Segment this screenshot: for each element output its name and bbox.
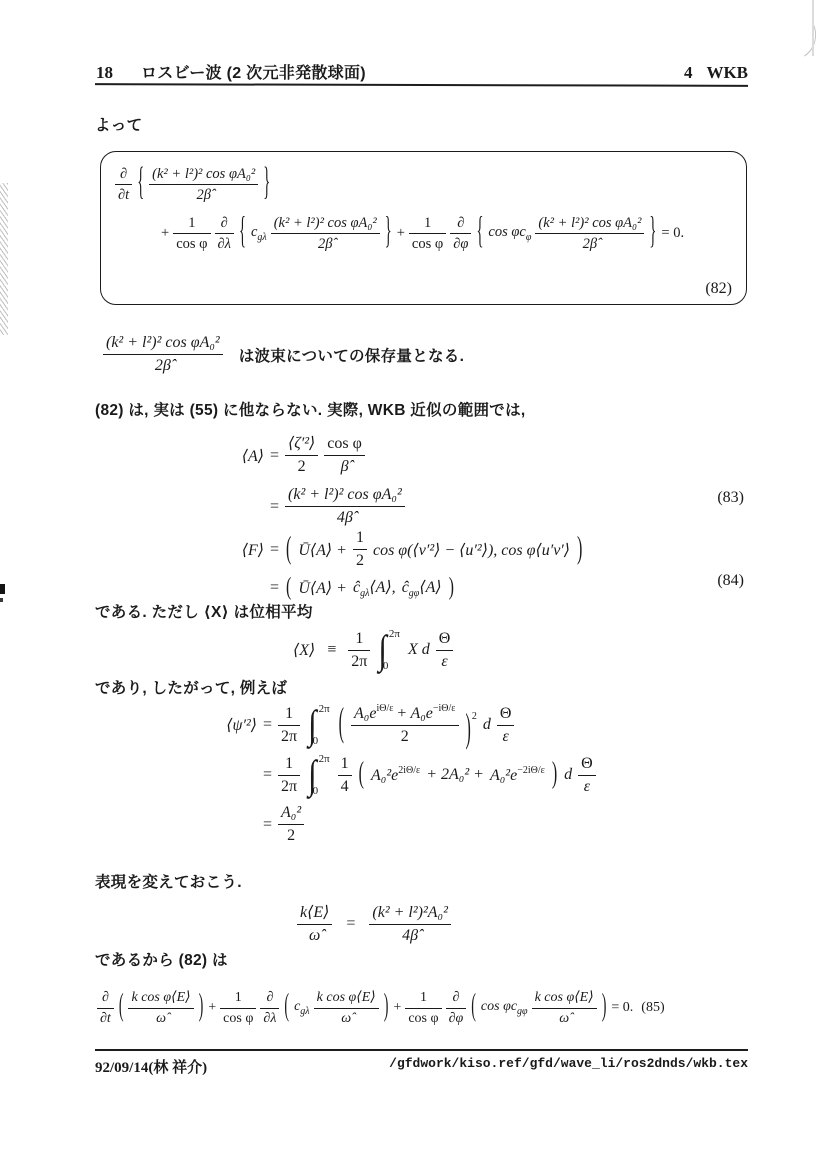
equals-sign: = — [270, 579, 279, 597]
equation-label-83: (83) — [717, 489, 744, 507]
document-page: 18 ロスビー波 (2 次元非発散球面) 4 WKB よって ∂ ∂t { (k… — [0, 0, 828, 1167]
frac-den: ∂λ — [215, 234, 234, 253]
subscript: gλ — [300, 1006, 309, 1017]
paragraph-for-example: であり, したがって, 例えば — [95, 676, 287, 698]
math-token: A₀²e — [371, 767, 398, 784]
integral-sign: ∫ — [308, 702, 317, 749]
left-paren: ( — [339, 703, 344, 748]
scan-artifact-edge-line — [812, 0, 814, 56]
left-paren: ( — [359, 758, 364, 792]
math-token: ⟨A⟩, — [369, 579, 395, 596]
group-velocity-lambda: cgλ — [251, 224, 267, 243]
frac-den: 2 — [278, 825, 304, 846]
frac-den: 4β̂ — [285, 507, 405, 528]
psi-squared-lhs: ⟨ψ′²⟩ — [205, 715, 257, 735]
left-paren: ( — [471, 990, 476, 1027]
frac-num: (k² + l²)² cos φA₀² — [149, 165, 258, 185]
eq82-line2: + 1 cos φ ∂ ∂λ { cgλ (k² + l²)² cos φA₀²… — [161, 214, 746, 253]
superscript: 2 — [472, 711, 477, 722]
frac-den: cos φ — [173, 234, 210, 253]
frac-den: ω̂ — [532, 1009, 597, 1028]
right-paren: ) — [466, 708, 471, 753]
eq83-line2: = (k² + l²)² cos φA₀² 4β̂ — [222, 485, 405, 528]
psi-line3: = A₀² 2 — [205, 803, 596, 846]
equals-sign: = — [270, 498, 279, 516]
frac-den: 2β̂ — [149, 185, 258, 204]
frac-den: ω̂ — [297, 925, 332, 946]
fraction: 1 4 — [338, 754, 352, 797]
frac-den: ε — [497, 726, 515, 747]
fraction: (k² + l²)² cos φA₀² 2β̂ — [535, 214, 644, 253]
equation-85: ∂ ∂t ( k cos φ⟨E⟩ ω̂ ) + 1 cos φ ∂ ∂λ ( … — [97, 980, 665, 1036]
frac-den: ω̂ — [128, 1009, 193, 1028]
frac-den: 4 — [338, 776, 352, 797]
superscript: −2iΘ/ε — [517, 765, 545, 776]
psi-squared-derivation: ⟨ψ′²⟩ = 1 2π ∫ 2π 0 ( A₀eiΘ/ε + A₀e−iΘ/ε… — [205, 703, 596, 846]
left-brace: { — [239, 212, 246, 256]
right-brace: } — [385, 212, 392, 256]
fraction: (k² + l²)² cos φA₀² 2β̂ — [149, 165, 258, 204]
fraction: Θ ε — [578, 754, 596, 797]
frac-num: ⟨ζ′²⟩ — [285, 434, 318, 456]
subscript: gφ — [409, 588, 420, 599]
frac-num: Θ — [436, 629, 454, 651]
left-brace: { — [137, 162, 144, 208]
frac-den: 2π — [348, 651, 370, 672]
subscript: gφ — [517, 1006, 528, 1017]
fraction: ∂ ∂t — [115, 165, 132, 204]
paragraph-change-expression: 表現を変えておこう. — [95, 870, 242, 892]
equals-sign: = — [263, 716, 272, 734]
math-token: A₀e — [410, 705, 432, 722]
scan-artifact-hatch — [0, 183, 8, 335]
frac-den: cos φ — [409, 234, 446, 253]
integral: ∫ 2π 0 — [378, 628, 400, 672]
plus-sign: + — [397, 225, 405, 242]
frac-num: 1 — [278, 704, 300, 726]
frac-den: β̂ — [324, 456, 365, 477]
math-token: A₀e — [354, 705, 376, 722]
fraction: ∂ ∂λ — [260, 989, 279, 1027]
section-number: 4 — [684, 63, 693, 83]
wave-activity-lhs: ⟨A⟩ — [222, 446, 264, 466]
running-header: 18 ロスビー波 (2 次元非発散球面) 4 WKB — [96, 60, 748, 83]
plus-sign: + — [208, 1000, 216, 1016]
scanned-paper-page: { "header": { "page_number": "18", "left… — [0, 0, 828, 1167]
frac-num: ∂ — [97, 989, 114, 1009]
right-paren: ) — [199, 990, 204, 1027]
X-bracket: ⟨X⟩ — [293, 640, 315, 660]
fraction: (k² + l²)² cos φA₀² 2β̂ — [271, 214, 380, 253]
left-brace: { — [476, 212, 483, 256]
left-paren: ( — [284, 990, 289, 1027]
integrand-X: X — [408, 641, 418, 659]
equals-zero: = 0. — [611, 1000, 633, 1016]
wave-flux-lhs: ⟨F⟩ — [222, 540, 264, 560]
fraction: (k² + l²)²A₀² 4β̂ — [369, 903, 451, 946]
page-number: 18 — [96, 63, 113, 83]
frac-num: 1 — [278, 754, 300, 776]
frac-den: ∂φ — [450, 234, 471, 253]
frac-num: k cos φ⟨E⟩ — [128, 989, 193, 1009]
frac-num: 1 — [353, 528, 367, 550]
A0sq-exp-pos: A₀²e2iΘ/ε — [371, 765, 420, 785]
conserved-quantity-line: (k² + l²)² cos φA₀² 2β̂ は波束についての保存量となる. — [103, 333, 464, 376]
frac-den: 2 — [353, 550, 367, 571]
group-velocity-lambda: cgλ — [294, 999, 310, 1017]
right-paren: ) — [602, 990, 607, 1027]
frac-num: A₀eiΘ/ε + A₀e−iΘ/ε — [351, 703, 459, 726]
fraction: k cos φ⟨E⟩ ω̂ — [314, 989, 379, 1027]
fraction: ∂ ∂λ — [215, 214, 234, 253]
math-token: ĉ — [353, 579, 360, 596]
fraction: 1 2 — [353, 528, 367, 571]
frac-den: ε — [578, 776, 596, 797]
equals-zero: = 0. — [661, 225, 684, 242]
fraction: 1 cos φ — [405, 989, 441, 1027]
running-head-section: 4 WKB — [684, 63, 748, 83]
equals-sign: = — [263, 766, 272, 784]
fraction: A₀eiΘ/ε + A₀e−iΘ/ε 2 — [351, 703, 459, 747]
running-head-title: ロスビー波 (2 次元非発散球面) — [141, 60, 366, 83]
header-rule — [95, 83, 748, 87]
math-token: cos φc — [481, 999, 517, 1014]
upper-limit: 2π — [319, 703, 330, 715]
paragraph-phase-average: である. ただし ⟨X⟩ は位相平均 — [95, 600, 313, 622]
fraction: Θ ε — [497, 704, 515, 747]
frac-num: k cos φ⟨E⟩ — [314, 989, 379, 1009]
frac-den: cos φ — [405, 1009, 441, 1028]
fraction: 1 cos φ — [220, 989, 256, 1027]
frac-den: ω̂ — [314, 1009, 379, 1028]
fraction: cos φ β̂ — [324, 434, 365, 477]
A0-exp-neg: A₀e−iΘ/ε — [410, 703, 455, 724]
frac-num: k⟨E⟩ — [297, 903, 332, 925]
upper-limit: 2π — [389, 628, 400, 640]
frac-den: 2π — [278, 776, 300, 797]
frac-num: Θ — [578, 754, 596, 776]
frac-num: cos φ — [324, 434, 365, 456]
math-token: cos φc — [488, 224, 525, 240]
psi-line2: = 1 2π ∫ 2π 0 1 4 ( A₀²e2iΘ/ε + 2A₀² + A… — [205, 753, 596, 797]
A0sq-exp-neg: A₀²e−2iΘ/ε — [490, 765, 545, 785]
fraction: 1 cos φ — [173, 214, 210, 253]
subscript: φ — [526, 232, 532, 243]
plus-sign: + — [393, 1000, 401, 1016]
superscript: 2iΘ/ε — [398, 765, 420, 776]
subscript: gλ — [257, 232, 266, 243]
frac-den: ∂λ — [260, 1009, 279, 1028]
equation-84: ⟨F⟩ = ( Ū⟨A⟩ + 1 2 cos φ(⟨v′²⟩ − ⟨u′²⟩),… — [222, 528, 583, 599]
superscript: iΘ/ε — [376, 703, 393, 714]
frac-num: ∂ — [260, 989, 279, 1009]
frac-num: (k² + l²)² cos φA₀² — [271, 214, 380, 234]
equals-sign: = — [270, 447, 279, 465]
frac-num: (k² + l²)²A₀² — [369, 903, 451, 925]
frac-num: A₀² — [278, 803, 304, 825]
scan-artifact-dash — [0, 584, 5, 594]
left-paren: ( — [286, 532, 291, 568]
equation-label-84: (84) — [717, 572, 744, 590]
frac-num: ∂ — [115, 165, 132, 185]
fraction: (k² + l²)² cos φA₀² 2β̂ — [103, 333, 223, 376]
scan-artifact-dash-small — [0, 598, 3, 602]
frac-den: 2β̂ — [103, 355, 223, 376]
U-bar-A-plus: Ū⟨A⟩ + — [298, 578, 347, 598]
equation-83: ⟨A⟩ = ⟨ζ′²⟩ 2 cos φ β̂ = (k² + l²)² cos … — [222, 434, 405, 528]
frac-den: 4β̂ — [369, 925, 451, 946]
fraction: ∂ ∂φ — [450, 214, 471, 253]
right-brace: } — [263, 162, 270, 208]
c-hat-g-phi-A: ĉgφ⟨A⟩ — [402, 577, 442, 599]
fraction: k cos φ⟨E⟩ ω̂ — [532, 989, 597, 1027]
frac-num: 1 — [173, 214, 210, 234]
frac-den: 2 — [285, 456, 318, 477]
right-brace: } — [649, 212, 656, 256]
frac-den: ∂φ — [446, 1009, 467, 1028]
frac-num: 1 — [348, 629, 370, 651]
frac-num: k cos φ⟨E⟩ — [532, 989, 597, 1009]
conserved-text: は波束についての保存量となる. — [239, 344, 465, 366]
frac-num: 1 — [338, 754, 352, 776]
frac-den: cos φ — [220, 1009, 256, 1028]
frac-num: (k² + l²)² cos φA₀² — [535, 214, 644, 234]
frac-den: ε — [436, 651, 454, 672]
fraction: Θ ε — [436, 629, 454, 672]
fraction: 1 2π — [278, 704, 300, 747]
c-hat-g-lambda-A: ĉgλ⟨A⟩, — [353, 577, 396, 599]
frac-num: Θ — [497, 704, 515, 726]
fraction: ⟨ζ′²⟩ 2 — [285, 434, 318, 477]
equals-sign: = — [263, 816, 272, 834]
fraction: 1 cos φ — [409, 214, 446, 253]
eq84-line2: = ( Ū⟨A⟩ + ĉgλ⟨A⟩, ĉgφ⟨A⟩ ) — [222, 577, 583, 599]
frac-num: 1 — [409, 214, 446, 234]
eq84-line1: ⟨F⟩ = ( Ū⟨A⟩ + 1 2 cos φ(⟨v′²⟩ − ⟨u′²⟩),… — [222, 528, 583, 571]
A0-exp-pos: A₀eiΘ/ε — [354, 703, 393, 724]
math-token: ⟨A⟩ — [419, 579, 441, 596]
integral: ∫ 2π 0 — [308, 703, 330, 747]
right-paren: ) — [577, 532, 582, 568]
fraction: 1 2π — [278, 754, 300, 797]
frac-num: (k² + l²)² cos φA₀² — [103, 333, 223, 355]
equals-sign: = — [270, 541, 279, 559]
fraction: ∂ ∂φ — [446, 989, 467, 1027]
frac-num: ∂ — [450, 214, 471, 234]
frac-den: 2 — [351, 726, 459, 747]
math-token: A₀²e — [490, 767, 517, 784]
fraction: k⟨E⟩ ω̂ — [297, 903, 332, 946]
section-title: WKB — [706, 63, 748, 83]
frac-den: 2β̂ — [271, 234, 380, 253]
equiv-sign: ≡ — [327, 641, 336, 659]
frac-num: 1 — [220, 989, 256, 1009]
frac-den: 2β̂ — [535, 234, 644, 253]
paragraph-hence: であるから (82) は — [95, 948, 228, 970]
equals-sign: = — [346, 915, 355, 933]
equation-82-box: ∂ ∂t { (k² + l²)² cos φA₀² 2β̂ } + 1 cos… — [100, 151, 747, 305]
frac-den: 2π — [278, 726, 300, 747]
cos-phi-c-g-phi: cos φcgφ — [481, 999, 528, 1017]
energy-relation: k⟨E⟩ ω̂ = (k² + l²)²A₀² 4β̂ — [297, 900, 451, 948]
math-token: ĉ — [402, 579, 409, 596]
upper-limit: 2π — [319, 753, 330, 765]
plus-sign: + — [397, 705, 406, 722]
plus-sign: + — [161, 225, 169, 242]
middle-terms: + 2A₀² + — [426, 766, 484, 784]
right-paren: ) — [449, 574, 454, 603]
phase-average-definition: ⟨X⟩ ≡ 1 2π ∫ 2π 0 X d Θ ε — [293, 628, 453, 672]
close-paren-squared: )2 — [465, 711, 477, 740]
fraction: 1 2π — [348, 629, 370, 672]
integral-sign: ∫ — [308, 752, 317, 799]
frac-num: ∂ — [446, 989, 467, 1009]
differential-d: d — [422, 641, 430, 659]
integral: ∫ 2π 0 — [308, 753, 330, 797]
paragraph-therefore: よって — [95, 113, 142, 135]
differential-d: d — [483, 716, 491, 734]
fraction: A₀² 2 — [278, 803, 304, 846]
frac-num: ∂ — [215, 214, 234, 234]
eq82-line1: ∂ ∂t { (k² + l²)² cos φA₀² 2β̂ } — [115, 165, 746, 204]
fraction: (k² + l²)² cos φA₀² 4β̂ — [285, 485, 405, 528]
frac-num: (k² + l²)² cos φA₀² — [285, 485, 405, 507]
frac-den: ∂t — [97, 1009, 114, 1028]
paragraph-82-55: (82) は, 実は (55) に他ならない. 実際, WKB 近似の範囲では, — [95, 398, 526, 420]
left-paren: ( — [286, 574, 291, 603]
differential-d: d — [564, 766, 572, 784]
U-bar-A-plus: Ū⟨A⟩ + — [298, 540, 347, 560]
footer-date-author: 92/09/14(林 祥介) — [95, 1056, 207, 1077]
footer-rule — [95, 1049, 748, 1051]
right-paren: ) — [552, 758, 557, 792]
left-paren: ( — [119, 990, 124, 1027]
fraction: k cos φ⟨E⟩ ω̂ — [128, 989, 193, 1027]
integral-sign: ∫ — [378, 627, 387, 674]
equation-label-85: (85) — [641, 1000, 664, 1016]
superscript: −iΘ/ε — [433, 703, 456, 714]
frac-den: ∂t — [115, 185, 132, 204]
frac-num: 1 — [405, 989, 441, 1009]
psi-line1: ⟨ψ′²⟩ = 1 2π ∫ 2π 0 ( A₀eiΘ/ε + A₀e−iΘ/ε… — [205, 703, 596, 747]
right-paren: ) — [384, 990, 389, 1027]
fraction: ∂ ∂t — [97, 989, 114, 1027]
footer-file-path: /gfdwork/kiso.ref/gfd/wave_li/ros2dnds/w… — [389, 1056, 748, 1071]
eq83-line1: ⟨A⟩ = ⟨ζ′²⟩ 2 cos φ β̂ — [222, 434, 405, 477]
equation-label-82: (82) — [705, 280, 732, 298]
flux-components: cos φ(⟨v′²⟩ − ⟨u′²⟩), cos φ⟨u′v′⟩ — [373, 540, 570, 560]
cos-phi-c-phi: cos φcφ — [488, 224, 531, 243]
